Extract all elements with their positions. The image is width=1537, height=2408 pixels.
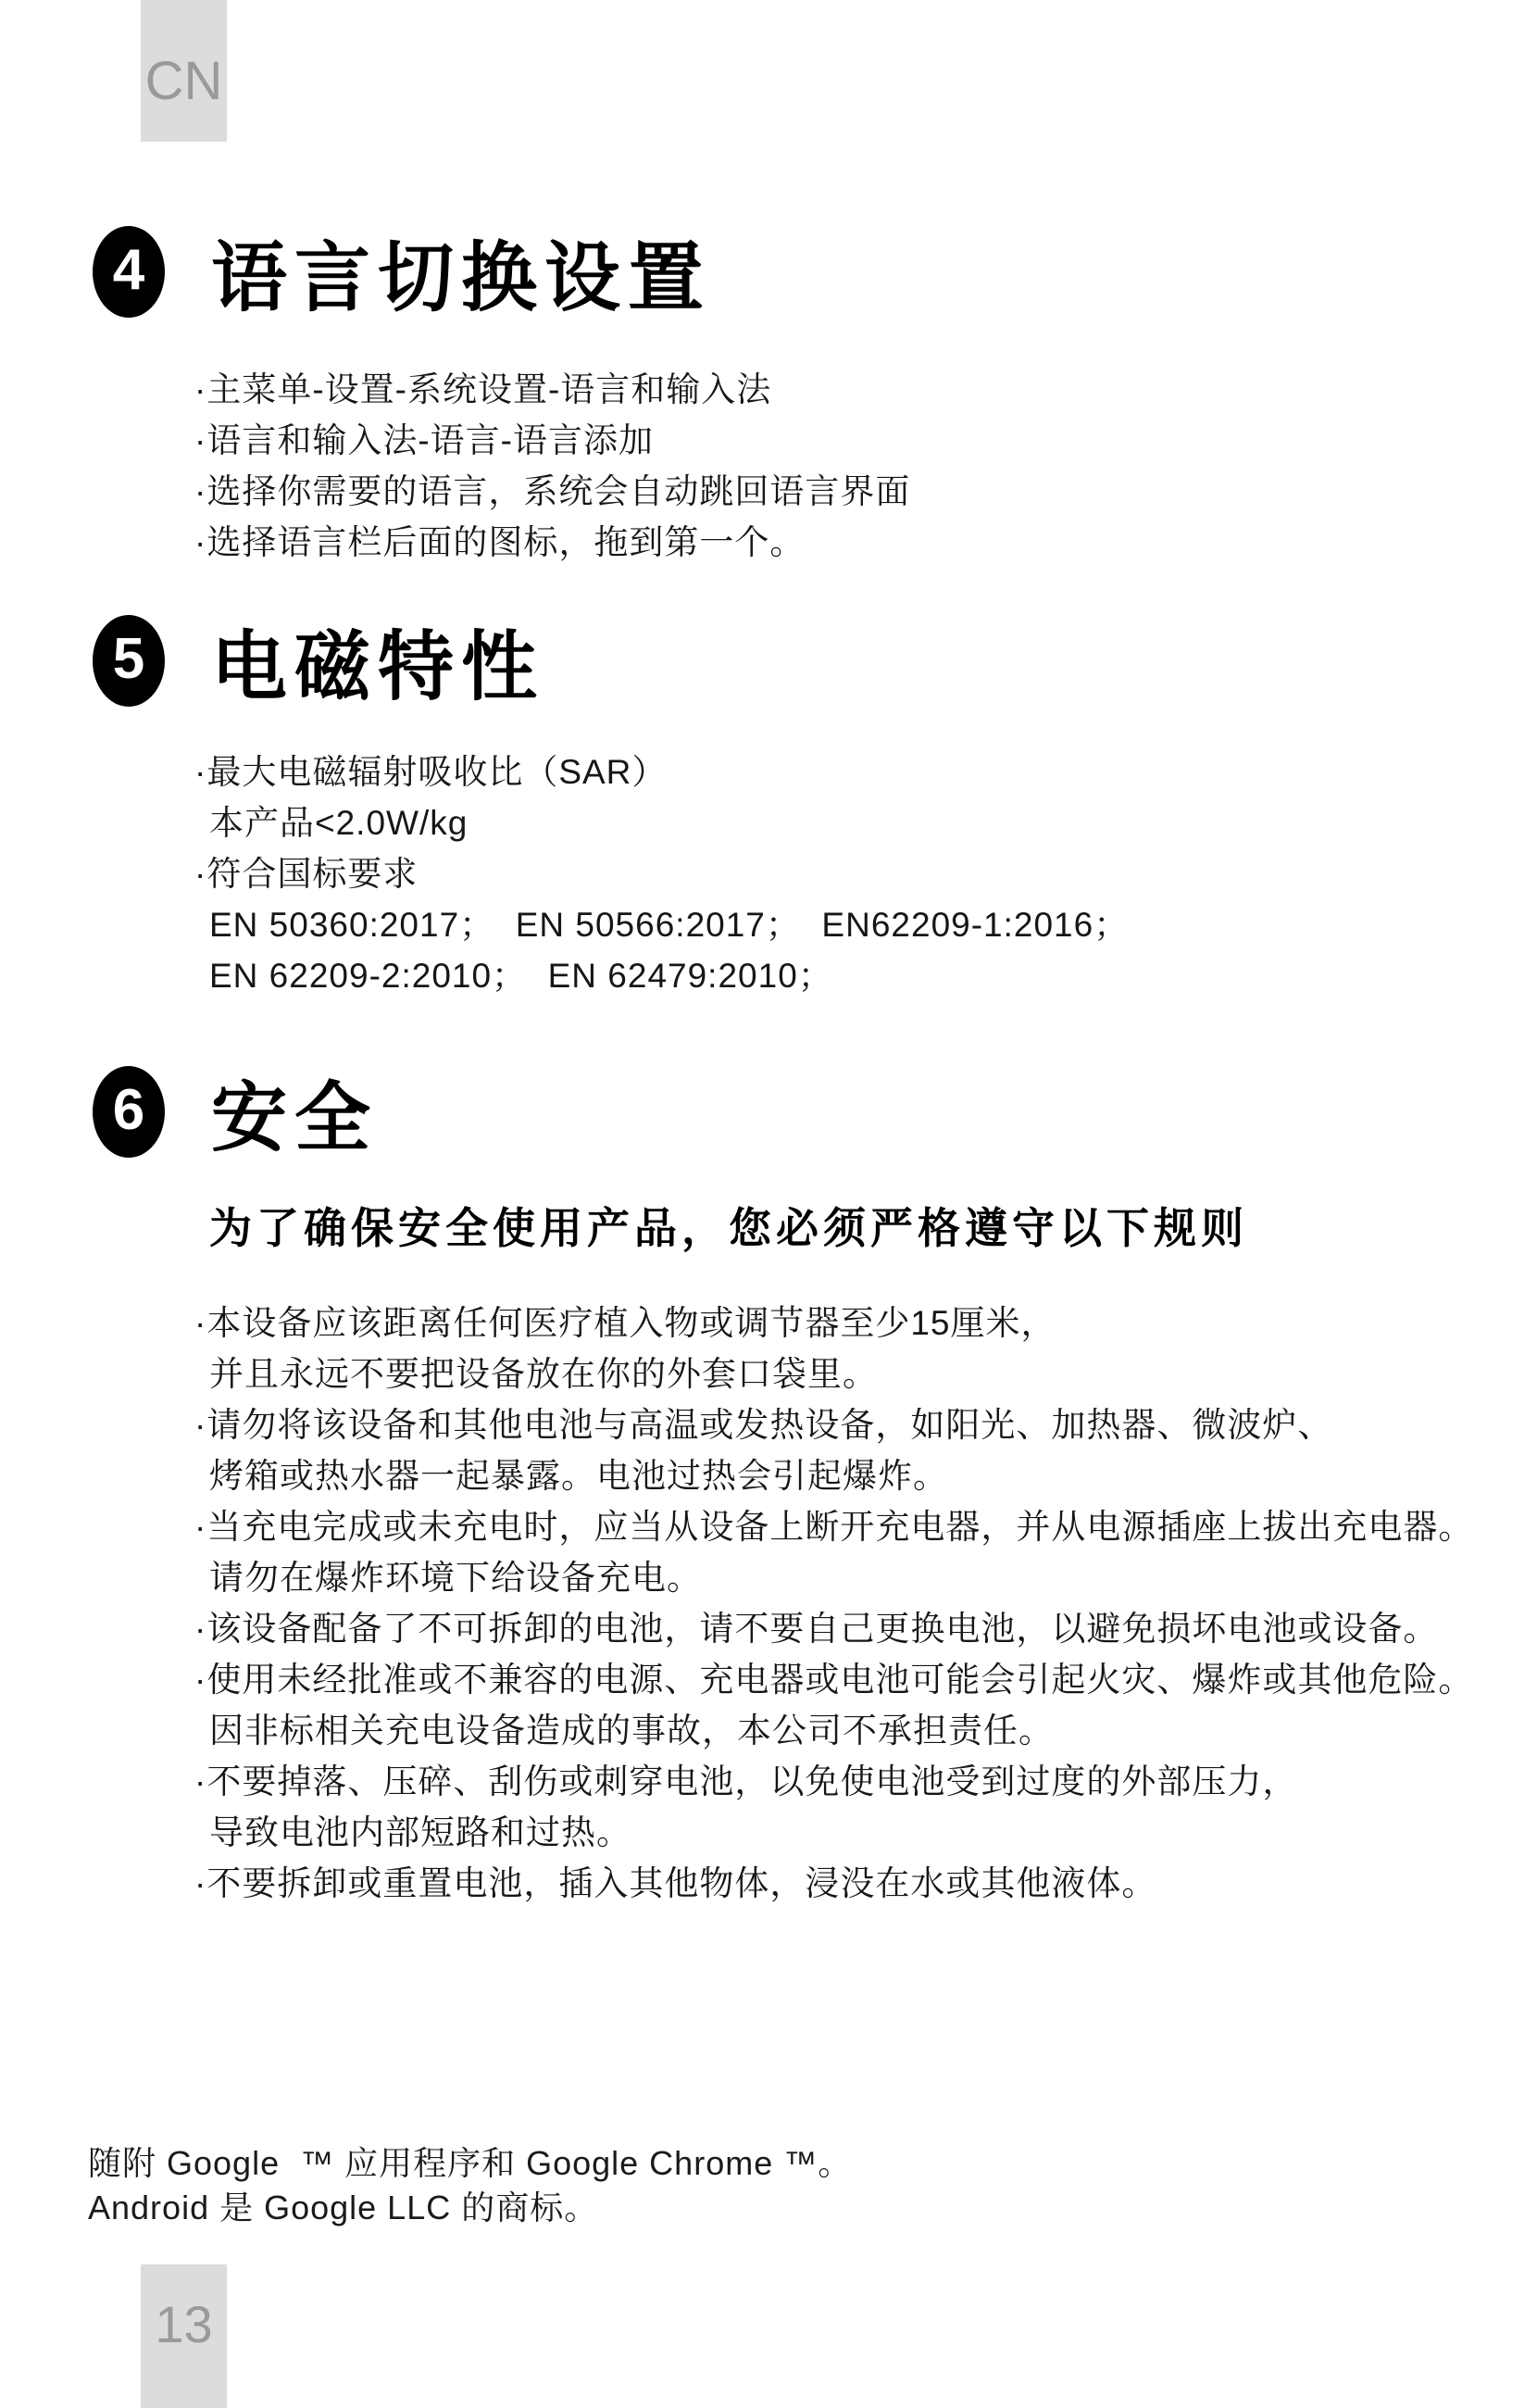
section-body: ·本设备应该距离任何医疗植入物或调节器至少15厘米，并且永远不要把设备放在你的外… — [0, 1298, 1537, 1909]
trademark-line-google: 随附 Google ™ 应用程序和 Google Chrome ™。 — [88, 2141, 852, 2186]
text-line: 并且永远不要把设备放在你的外套口袋里。 — [209, 1348, 1537, 1399]
text-line: ·使用未经批准或不兼容的电源、充电器或电池可能会引起火灾、爆炸或其他危险。 — [194, 1654, 1537, 1705]
language-tag: CN — [145, 50, 223, 112]
text-line: ·当充电完成或未充电时，应当从设备上断开充电器，并从电源插座上拔出充电器。 — [194, 1501, 1537, 1552]
section-heading: 6 安全 — [93, 1065, 1537, 1158]
language-tag-box: CN — [141, 0, 227, 142]
circled-number-5-icon: 5 — [93, 615, 165, 707]
section-body: ·主菜单-设置-系统设置-语言和输入法·语言和输入法-语言-语言添加·选择你需要… — [0, 364, 1537, 568]
page-number-box: 13 — [141, 2264, 227, 2408]
text-line: ·选择你需要的语言，系统会自动跳回语言界面 — [194, 466, 1537, 517]
text-line: 因非标相关充电设备造成的事故，本公司不承担责任。 — [209, 1705, 1537, 1756]
section-number: 5 — [113, 626, 144, 692]
text-line: ·语言和输入法-语言-语言添加 — [194, 415, 1537, 466]
text-line: ·选择语言栏后面的图标，拖到第一个。 — [194, 517, 1537, 568]
section-safety: 6 安全 为了确保安全使用产品，您必须严格遵守以下规则 ·本设备应该距离任何医疗… — [0, 1065, 1537, 1909]
section-heading: 5 电磁特性 — [93, 614, 1537, 707]
section-electromagnetic-characteristics: 5 电磁特性 ·最大电磁辐射吸收比（SAR）本产品<2.0W/kg·符合国标要求… — [0, 614, 1537, 1001]
section-heading: 4 语言切换设置 — [93, 225, 1537, 318]
section-title: 电磁特性 — [211, 607, 544, 715]
text-line: 烤箱或热水器一起暴露。电池过热会引起爆炸。 — [209, 1450, 1537, 1501]
page-content: 4 语言切换设置 ·主菜单-设置-系统设置-语言和输入法·语言和输入法-语言-语… — [0, 225, 1537, 1909]
text-line: ·最大电磁辐射吸收比（SAR） — [194, 746, 1537, 797]
section-title: 安全 — [211, 1058, 378, 1166]
text-line: EN 50360:2017； EN 50566:2017； EN62209-1:… — [209, 899, 1537, 950]
text-line: ·符合国标要求 — [194, 848, 1537, 899]
section-body: ·最大电磁辐射吸收比（SAR）本产品<2.0W/kg·符合国标要求EN 5036… — [0, 746, 1537, 1001]
trademark-line-android: Android 是 Google LLC 的商标。 — [88, 2186, 852, 2230]
text-line: ·不要拆卸或重置电池，插入其他物体，浸没在水或其他液体。 — [194, 1858, 1537, 1909]
circled-number-6-icon: 6 — [93, 1066, 165, 1158]
text-line: ·请勿将该设备和其他电池与高温或发热设备，如阳光、加热器、微波炉、 — [194, 1399, 1537, 1450]
page-number: 13 — [155, 2294, 212, 2354]
section-language-switch-settings: 4 语言切换设置 ·主菜单-设置-系统设置-语言和输入法·语言和输入法-语言-语… — [0, 225, 1537, 568]
section-title: 语言切换设置 — [211, 218, 711, 326]
text-line: 请勿在爆炸环境下给设备充电。 — [209, 1552, 1537, 1603]
safety-rules-subtitle: 为了确保安全使用产品，您必须严格遵守以下规则 — [209, 1195, 1537, 1256]
text-line: ·主菜单-设置-系统设置-语言和输入法 — [194, 364, 1537, 415]
section-number: 6 — [113, 1077, 144, 1143]
text-line: 导致电池内部短路和过热。 — [209, 1807, 1537, 1858]
circled-number-4-icon: 4 — [93, 226, 165, 318]
section-number: 4 — [113, 237, 144, 303]
text-line: ·本设备应该距离任何医疗植入物或调节器至少15厘米， — [194, 1298, 1537, 1348]
manual-page: CN 4 语言切换设置 ·主菜单-设置-系统设置-语言和输入法·语言和输入法-语… — [0, 0, 1537, 2408]
text-line: 本产品<2.0W/kg — [209, 797, 1537, 848]
text-line: EN 62209-2:2010； EN 62479:2010； — [209, 950, 1537, 1001]
text-line: ·不要掉落、压碎、刮伤或刺穿电池，以免使电池受到过度的外部压力， — [194, 1756, 1537, 1807]
text-line: ·该设备配备了不可拆卸的电池，请不要自己更换电池，以避免损坏电池或设备。 — [194, 1603, 1537, 1654]
trademark-note: 随附 Google ™ 应用程序和 Google Chrome ™。 Andro… — [88, 2141, 852, 2230]
